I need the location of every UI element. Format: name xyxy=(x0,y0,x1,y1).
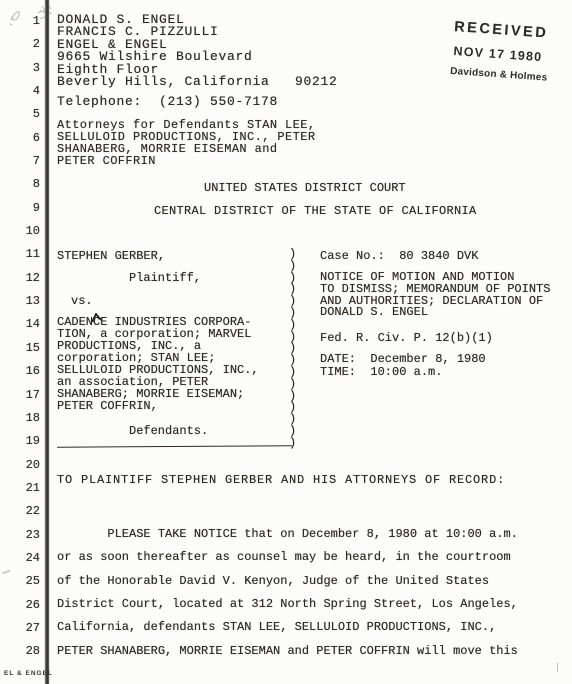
rule-citation: Fed. R. Civ. P. 12(b)(1) xyxy=(320,331,493,345)
scan-edge-tick xyxy=(557,663,558,672)
salutation-line: TO PLAINTIFF STEPHEN GERBER AND HIS ATTO… xyxy=(57,473,505,487)
line-numbers: 1 2 3 4 5 6 7 8 9 10 11 12 13 14 15 16 1… xyxy=(6,10,40,664)
versus-label: vs. xyxy=(71,294,93,308)
attorneys-for-block: Attorneys for Defendants STAN LEE, SELLU… xyxy=(57,120,315,168)
plaintiff-name: STEPHEN GERBER, xyxy=(57,249,165,263)
received-stamp-text: RECEIVED xyxy=(454,19,549,42)
motion-title-block: NOTICE OF MOTION AND MOTION TO DISMISS; … xyxy=(320,272,550,319)
telephone-line: Telephone: (213) 550-7178 xyxy=(57,95,278,109)
received-stamp-date: NOV 17 1980 xyxy=(453,44,543,64)
court-district: CENTRAL DISTRICT OF THE STATE OF CALIFOR… xyxy=(154,204,477,218)
pleading-paper-rule xyxy=(45,0,49,684)
hearing-date: DATE: December 8, 1980 xyxy=(320,352,486,366)
plaintiff-label: Plaintiff, xyxy=(129,271,201,285)
defendants-label: Defendants. xyxy=(129,424,208,438)
case-number: Case No.: 80 3840 DVK xyxy=(320,249,478,263)
received-stamp: RECEIVED NOV 17 1980 Davidson & Holmes xyxy=(435,16,572,96)
footer-firm-stamp: EL & ENGEL xyxy=(4,670,53,677)
notice-paragraph: PLEASE TAKE NOTICE that on December 8, 1… xyxy=(57,523,518,663)
attorney-address-block: DONALD S. ENGEL FRANCIS C. PIZZULLI ENGE… xyxy=(57,14,338,88)
caption-paren-column: ) ) ) ) ) ) ) ) ) ) ) ) ) ) ) ) ) xyxy=(289,249,296,450)
court-title: UNITED STATES DISTRICT COURT xyxy=(204,181,406,195)
hearing-time: TIME: 10:00 a.m. xyxy=(320,365,442,379)
caption-underline xyxy=(57,445,292,447)
pleading-page: 1 2 3 4 5 6 7 8 9 10 11 12 13 14 15 16 1… xyxy=(0,0,572,684)
defendants-block: CADENCE INDUSTRIES CORPORA- TION, a corp… xyxy=(57,317,259,413)
received-stamp-firm: Davidson & Holmes xyxy=(450,66,548,84)
